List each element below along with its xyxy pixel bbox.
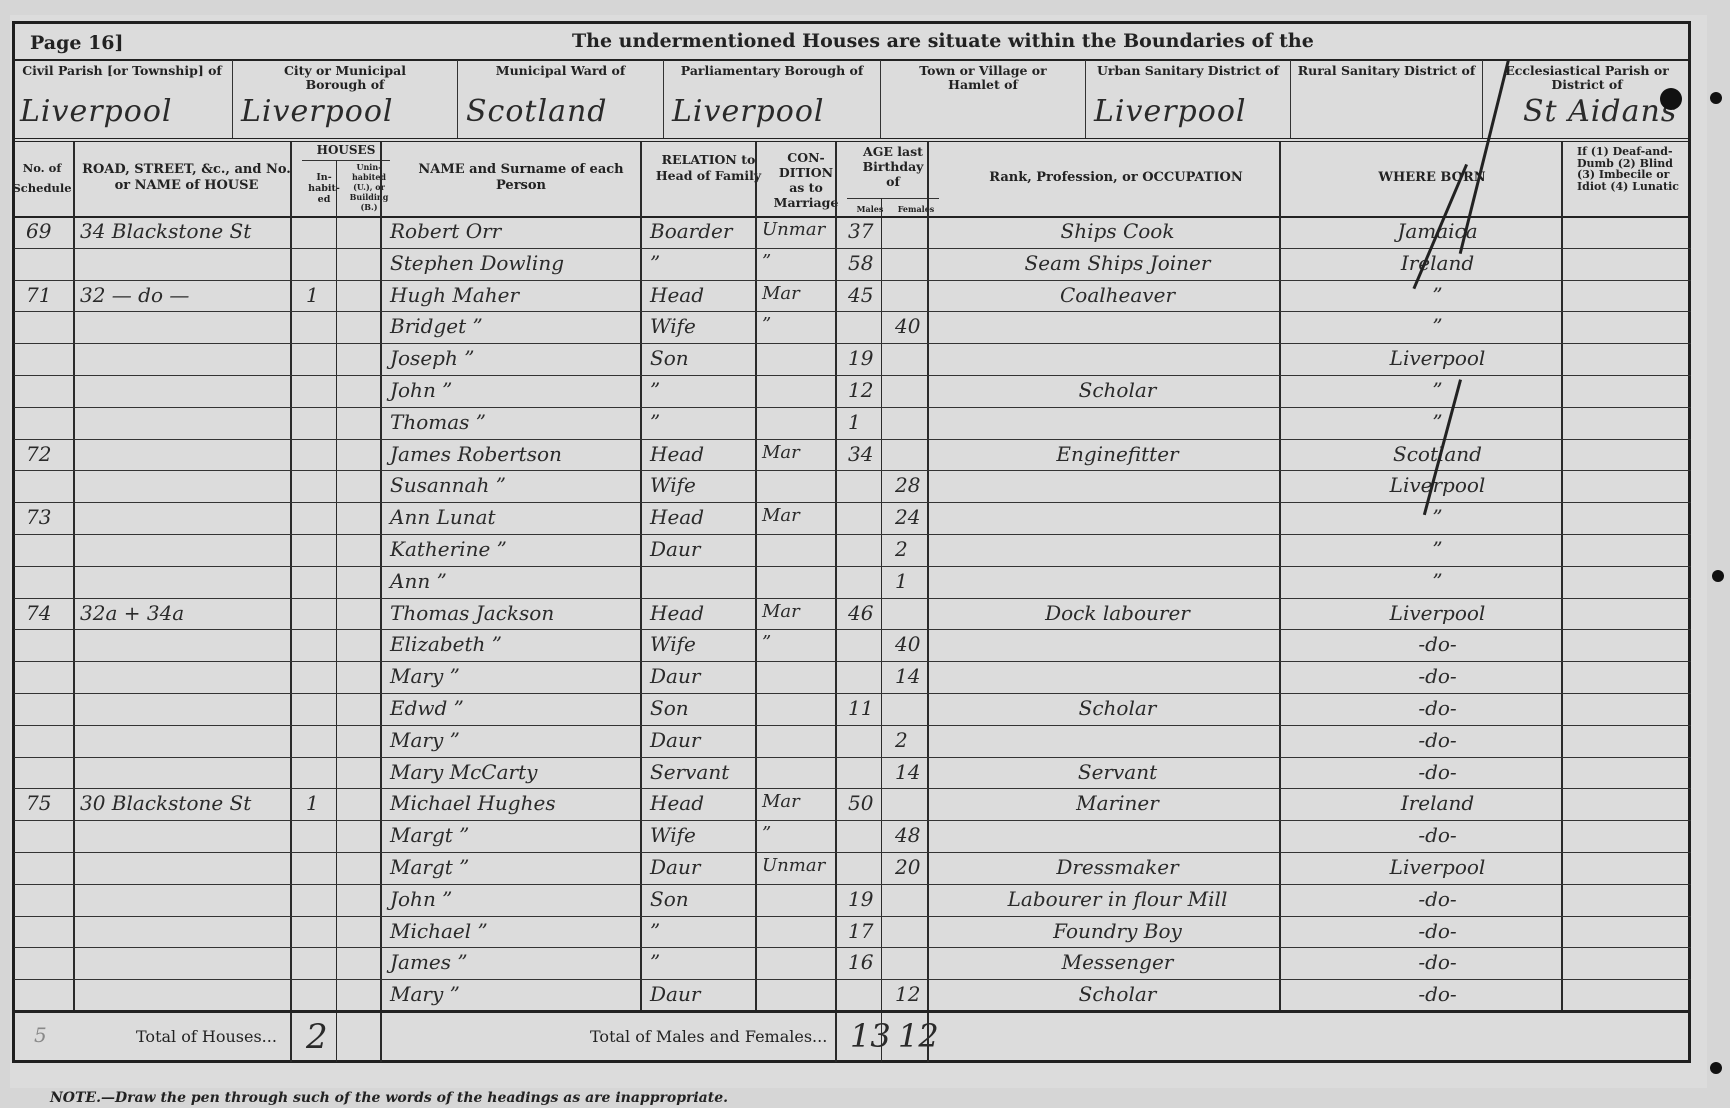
total-houses-label: Total of Houses... — [136, 1027, 277, 1046]
page-label: Page 16] — [30, 32, 124, 54]
relation-cell: Daur — [650, 537, 750, 561]
where-born-cell: ” — [1320, 569, 1555, 593]
occupation-cell: Scholar — [960, 378, 1275, 402]
where-born-cell: ” — [1320, 410, 1555, 434]
condition-cell: Mar — [762, 505, 832, 526]
total-people-label: Total of Males and Females... — [590, 1027, 827, 1046]
relation-cell: Wife — [650, 314, 750, 338]
row-rule — [14, 311, 1691, 312]
occupation-cell: Servant — [960, 760, 1275, 784]
relation-cell: Head — [650, 505, 750, 529]
municipal-ward-label: Municipal Ward of — [458, 64, 663, 78]
schedule-cell: 72 — [26, 442, 70, 466]
occupation-cell: Scholar — [960, 982, 1275, 1006]
where-born-cell: Liverpool — [1320, 601, 1555, 625]
where-born-cell: Ireland — [1320, 251, 1555, 275]
row-rule — [14, 788, 1691, 789]
civil-parish-cell: Civil Parish [or Township] of Liverpool — [12, 60, 233, 138]
condition-cell: Mar — [762, 601, 832, 622]
occupation-cell: Foundry Boy — [960, 919, 1275, 943]
name-cell: Bridget ” — [390, 314, 636, 338]
inhabited-cell: 1 — [306, 791, 332, 815]
ecclesiastical-parish-label: Ecclesiastical Parish or District of — [1483, 64, 1691, 92]
civil-parish-value: Liverpool — [20, 94, 228, 129]
rural-sanitary-label: Rural Sanitary District of — [1291, 64, 1482, 78]
col-line-inhabited — [336, 160, 337, 1062]
female-age-cell: 2 — [895, 537, 925, 561]
header-road: ROAD, STREET, &c., and No. or NAME of HO… — [74, 162, 299, 194]
row-rule — [14, 693, 1691, 694]
urban-sanitary-cell: Urban Sanitary District of Liverpool — [1086, 60, 1291, 138]
where-born-cell: Liverpool — [1320, 346, 1555, 370]
col-line-relation — [755, 142, 757, 1010]
name-cell: Edwd ” — [390, 696, 636, 720]
where-born-cell: Liverpool — [1320, 473, 1555, 497]
header-houses: HOUSES — [302, 143, 390, 158]
male-age-cell: 19 — [848, 346, 878, 370]
col-line-occupation — [1279, 142, 1281, 1010]
where-born-cell: Ireland — [1320, 791, 1555, 815]
where-born-cell: -do- — [1320, 982, 1555, 1006]
where-born-cell: Liverpool — [1320, 855, 1555, 879]
total-females-value: 12 — [898, 1017, 939, 1055]
rural-sanitary-cell: Rural Sanitary District of — [1291, 60, 1483, 138]
condition-cell: ” — [762, 251, 832, 272]
name-cell: John ” — [390, 378, 636, 402]
condition-cell: Unmar — [762, 855, 832, 876]
civil-parish-label: Civil Parish [or Township] of — [12, 64, 232, 78]
where-born-cell: -do- — [1320, 728, 1555, 752]
row-rule — [14, 470, 1691, 471]
table-header: No. of Schedule ROAD, STREET, &c., and N… — [12, 142, 1691, 218]
female-age-cell: 2 — [895, 728, 925, 752]
occupation-cell: Mariner — [960, 791, 1275, 815]
female-age-cell: 24 — [895, 505, 925, 529]
relation-cell: Son — [650, 887, 750, 911]
header-occupation: Rank, Profession, or OCCUPATION — [941, 170, 1291, 185]
row-rule — [14, 661, 1691, 662]
row-rule — [14, 598, 1691, 599]
header-females: Females — [893, 202, 939, 217]
name-cell: Thomas Jackson — [390, 601, 636, 625]
name-cell: Katherine ” — [390, 537, 636, 561]
row-rule — [14, 757, 1691, 758]
name-cell: Michael ” — [390, 919, 636, 943]
name-cell: John ” — [390, 887, 636, 911]
name-cell: Joseph ” — [390, 346, 636, 370]
total-males-value: 13 — [850, 1017, 891, 1055]
row-rule — [14, 725, 1691, 726]
male-age-cell: 12 — [848, 378, 878, 402]
name-cell: Ann ” — [390, 569, 636, 593]
condition-cell: ” — [762, 314, 832, 335]
female-age-cell: 40 — [895, 632, 925, 656]
age-divider — [847, 198, 939, 199]
title-row: Page 16] The undermentioned Houses are s… — [12, 24, 1691, 61]
municipal-borough-value: Liverpool — [241, 94, 453, 129]
header-uninhabited: Unin-habited (U.), or Building (B.) — [348, 162, 390, 212]
relation-cell: Daur — [650, 982, 750, 1006]
relation-cell: Wife — [650, 823, 750, 847]
name-cell: Robert Orr — [390, 219, 636, 243]
total-houses-value: 2 — [306, 1017, 328, 1057]
female-age-cell: 14 — [895, 760, 925, 784]
parliamentary-borough-value: Liverpool — [672, 94, 876, 129]
occupation-cell: Enginefitter — [960, 442, 1275, 466]
male-age-cell: 34 — [848, 442, 878, 466]
document-title: The undermentioned Houses are situate wi… — [572, 30, 1314, 52]
header-condition: CON-DITION as to Marriage — [767, 150, 845, 210]
row-rule — [14, 375, 1691, 376]
col-line-schedule — [73, 142, 75, 1010]
condition-cell: Unmar — [762, 219, 832, 240]
inhabited-cell: 1 — [306, 283, 332, 307]
where-born-cell: ” — [1320, 283, 1555, 307]
row-rule — [14, 502, 1691, 503]
male-age-cell: 45 — [848, 283, 878, 307]
occupation-cell: Scholar — [960, 696, 1275, 720]
location-row: Civil Parish [or Township] of Liverpool … — [12, 60, 1691, 142]
parliamentary-borough-cell: Parliamentary Borough of Liverpool — [664, 60, 881, 138]
relation-cell: Daur — [650, 728, 750, 752]
row-rule — [14, 407, 1691, 408]
punch-hole-edge-bottom — [1710, 1062, 1722, 1074]
row-rule — [14, 629, 1691, 630]
male-age-cell: 37 — [848, 219, 878, 243]
relation-cell: ” — [650, 378, 750, 402]
row-rule — [14, 534, 1691, 535]
relation-cell: Daur — [650, 664, 750, 688]
header-inhabited: In-habit-ed — [302, 172, 346, 205]
female-age-cell: 14 — [895, 664, 925, 688]
female-age-cell: 12 — [895, 982, 925, 1006]
relation-cell: ” — [650, 950, 750, 974]
male-age-cell: 58 — [848, 251, 878, 275]
name-cell: Susannah ” — [390, 473, 636, 497]
where-born-cell: -do- — [1320, 919, 1555, 943]
houses-divider — [302, 160, 390, 161]
row-rule — [14, 916, 1691, 917]
condition-cell: Mar — [762, 283, 832, 304]
name-cell: Ann Lunat — [390, 505, 636, 529]
punch-hole-top — [1660, 88, 1682, 110]
road-cell: 30 Blackstone St — [80, 791, 285, 815]
col-line-name — [640, 142, 642, 1010]
relation-cell: Son — [650, 346, 750, 370]
punch-hole-edge-top — [1710, 92, 1722, 104]
schedule-cell: 73 — [26, 505, 70, 529]
female-age-cell: 40 — [895, 314, 925, 338]
where-born-cell: ” — [1320, 378, 1555, 402]
name-cell: James ” — [390, 950, 636, 974]
name-cell: James Robertson — [390, 442, 636, 466]
male-age-cell: 19 — [848, 887, 878, 911]
punch-hole-edge-mid — [1712, 570, 1724, 582]
row-rule — [14, 280, 1691, 281]
header-males: Males — [847, 202, 893, 217]
urban-sanitary-label: Urban Sanitary District of — [1086, 64, 1290, 78]
row-rule — [14, 947, 1691, 948]
where-born-cell: -do- — [1320, 887, 1555, 911]
male-age-cell: 46 — [848, 601, 878, 625]
schedule-cell: 71 — [26, 283, 70, 307]
where-born-cell: -do- — [1320, 823, 1555, 847]
footnote: NOTE.—Draw the pen through such of the w… — [50, 1090, 728, 1106]
relation-cell: Boarder — [650, 219, 750, 243]
relation-cell: Servant — [650, 760, 750, 784]
relation-cell: Wife — [650, 632, 750, 656]
row-rule — [14, 820, 1691, 821]
condition-cell: Mar — [762, 791, 832, 812]
header-schedule: No. of Schedule — [12, 158, 72, 198]
relation-cell: Wife — [650, 473, 750, 497]
where-born-cell: ” — [1320, 314, 1555, 338]
where-born-cell: -do- — [1320, 696, 1555, 720]
male-age-cell: 11 — [848, 696, 878, 720]
name-cell: Mary McCarty — [390, 760, 636, 784]
col-line-where-born — [1561, 142, 1563, 1010]
header-where-born: WHERE BORN — [1293, 170, 1571, 185]
occupation-cell: Dressmaker — [960, 855, 1275, 879]
condition-cell: Mar — [762, 442, 832, 463]
where-born-cell: ” — [1320, 505, 1555, 529]
female-age-cell: 28 — [895, 473, 925, 497]
road-cell: 32a + 34a — [80, 601, 285, 625]
row-rule — [14, 248, 1691, 249]
male-age-cell: 17 — [848, 919, 878, 943]
relation-cell: Head — [650, 442, 750, 466]
margin-mark: 5 — [34, 1023, 47, 1047]
road-cell: 32 — do — — [80, 283, 285, 307]
relation-cell: ” — [650, 410, 750, 434]
occupation-cell: Labourer in flour Mill — [960, 887, 1275, 911]
female-age-cell: 20 — [895, 855, 925, 879]
occupation-cell: Dock labourer — [960, 601, 1275, 625]
row-rule — [14, 884, 1691, 885]
schedule-cell: 75 — [26, 791, 70, 815]
male-age-cell: 16 — [848, 950, 878, 974]
occupation-cell: Ships Cook — [960, 219, 1275, 243]
condition-cell: ” — [762, 632, 832, 653]
town-village-cell: Town or Village or Hamlet of — [881, 60, 1086, 138]
schedule-cell: 69 — [26, 219, 70, 243]
name-cell: Michael Hughes — [390, 791, 636, 815]
name-cell: Mary ” — [390, 664, 636, 688]
row-rule — [14, 439, 1691, 440]
occupation-cell: Coalheaver — [960, 283, 1275, 307]
name-cell: Hugh Maher — [390, 283, 636, 307]
where-born-cell: -do- — [1320, 760, 1555, 784]
row-rule — [14, 566, 1691, 567]
municipal-ward-cell: Municipal Ward of Scotland — [458, 60, 664, 138]
urban-sanitary-value: Liverpool — [1094, 94, 1286, 129]
relation-cell: Head — [650, 283, 750, 307]
where-born-cell: -do- — [1320, 950, 1555, 974]
where-born-cell: -do- — [1320, 632, 1555, 656]
where-born-cell: -do- — [1320, 664, 1555, 688]
totals-row: 5 Total of Houses... 2 Total of Males an… — [12, 1010, 1691, 1065]
name-cell: Stephen Dowling — [390, 251, 636, 275]
row-rule — [14, 852, 1691, 853]
municipal-borough-label: City or Municipal Borough of — [233, 64, 457, 92]
occupation-cell: Seam Ships Joiner — [960, 251, 1275, 275]
town-village-label: Town or Village or Hamlet of — [881, 64, 1085, 92]
male-age-cell: 50 — [848, 791, 878, 815]
relation-cell: Head — [650, 791, 750, 815]
male-age-cell: 1 — [848, 410, 878, 434]
relation-cell: Son — [650, 696, 750, 720]
name-cell: Margt ” — [390, 855, 636, 879]
condition-cell: ” — [762, 823, 832, 844]
header-infirmity: If (1) Deaf-and-Dumb (2) Blind (3) Imbec… — [1573, 146, 1691, 192]
female-age-cell: 1 — [895, 569, 925, 593]
road-cell: 34 Blackstone St — [80, 219, 285, 243]
municipal-ward-value: Scotland — [466, 94, 659, 129]
relation-cell: Head — [650, 601, 750, 625]
schedule-cell: 74 — [26, 601, 70, 625]
name-cell: Mary ” — [390, 982, 636, 1006]
header-name: NAME and Surname of each Person — [392, 162, 650, 194]
female-age-cell: 48 — [895, 823, 925, 847]
name-cell: Margt ” — [390, 823, 636, 847]
name-cell: Mary ” — [390, 728, 636, 752]
occupation-cell: Messenger — [960, 950, 1275, 974]
row-rule — [14, 979, 1691, 980]
row-rule — [14, 343, 1691, 344]
header-relation: RELATION to Head of Family — [652, 152, 765, 184]
name-cell: Elizabeth ” — [390, 632, 636, 656]
municipal-borough-cell: City or Municipal Borough of Liverpool — [233, 60, 458, 138]
header-age: AGE last Birthday of — [847, 144, 939, 189]
name-cell: Thomas ” — [390, 410, 636, 434]
where-born-cell: ” — [1320, 537, 1555, 561]
parliamentary-borough-label: Parliamentary Borough of — [664, 64, 880, 78]
relation-cell: ” — [650, 919, 750, 943]
relation-cell: Daur — [650, 855, 750, 879]
relation-cell: ” — [650, 251, 750, 275]
